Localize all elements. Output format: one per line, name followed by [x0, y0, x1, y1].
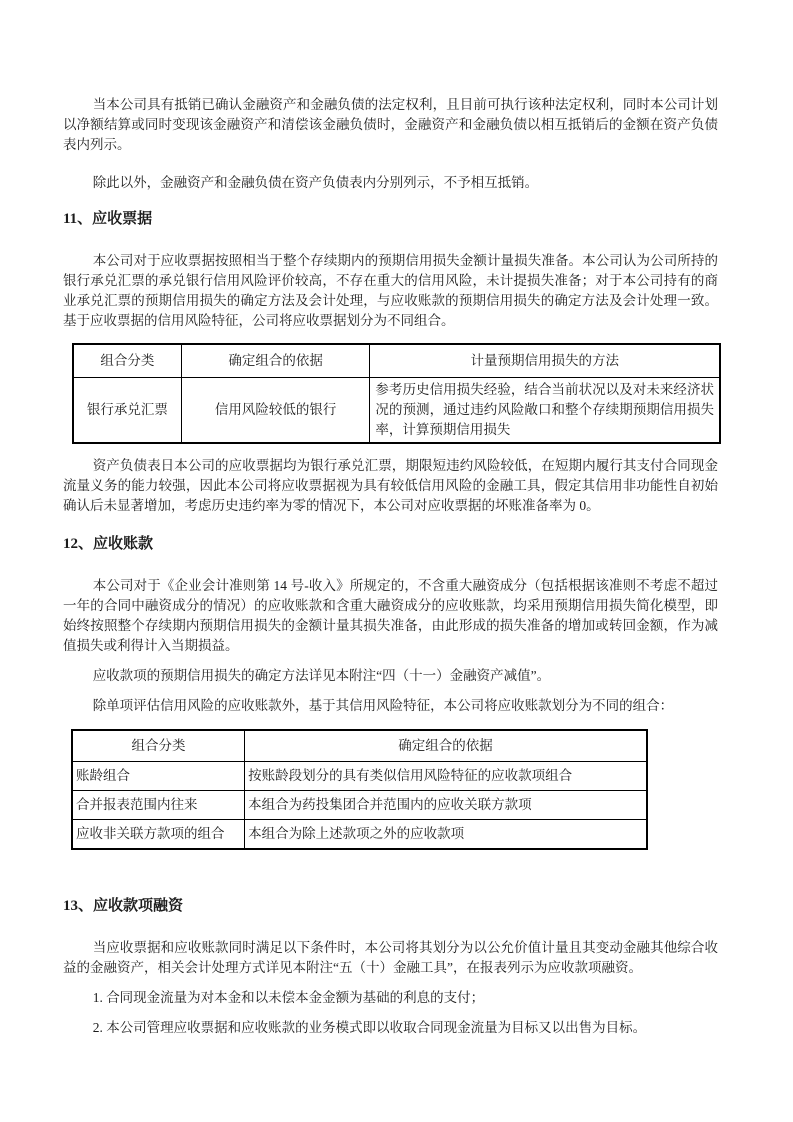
section-12-paragraph-2: 应收款项的预期信用损失的确定方法详见本附注“四（十一）金融资产减值”。: [63, 666, 718, 686]
table-header-cell: 组合分类: [73, 344, 181, 378]
document-page: 当本公司具有抵销已确认金融资产和金融负债的法定权利，且目前可执行该种法定权利，同…: [0, 0, 793, 1122]
table-row: 应收非关联方款项的组合 本组合为除上述款项之外的应收款项: [72, 820, 647, 850]
table-cell: 按账龄段划分的具有类似信用风险特征的应收款项组合: [245, 762, 647, 791]
table-cell: 合并报表范围内往来: [72, 791, 245, 820]
table-header-cell: 确定组合的依据: [181, 344, 370, 378]
section-11-paragraph-1: 本公司对于应收票据按照相当于整个存续期内的预期信用损失金额计量损失准备。本公司认…: [63, 251, 718, 331]
table-header-row: 组合分类 确定组合的依据 计量预期信用损失的方法: [73, 344, 720, 378]
table-cell: 账龄组合: [72, 762, 245, 791]
table-cell: 本组合为除上述款项之外的应收款项: [245, 820, 647, 850]
table-row: 银行承兑汇票 信用风险较低的银行 参考历史信用损失经验，结合当前状况以及对未来经…: [73, 378, 720, 444]
table-header-cell: 确定组合的依据: [245, 730, 647, 762]
table-cell: 本组合为药投集团合并范围内的应收关联方款项: [245, 791, 647, 820]
table-cell: 参考历史信用损失经验，结合当前状况以及对未来经济状况的预测，通过违约风险敞口和整…: [370, 378, 720, 444]
bills-receivable-portfolio-table: 组合分类 确定组合的依据 计量预期信用损失的方法 银行承兑汇票 信用风险较低的银…: [72, 343, 721, 444]
table-row: 合并报表范围内往来 本组合为药投集团合并范围内的应收关联方款项: [72, 791, 647, 820]
section-13-heading: 13、应收款项融资: [63, 896, 718, 916]
table-header-cell: 计量预期信用损失的方法: [370, 344, 720, 378]
section-11-paragraph-2: 资产负债表日本公司的应收票据均为银行承兑汇票，期限短违约风险较低，在短期内履行其…: [63, 456, 718, 516]
table-row: 账龄组合 按账龄段划分的具有类似信用风险特征的应收款项组合: [72, 762, 647, 791]
no-offset-paragraph: 除此以外，金融资产和金融负债在资产负债表内分别列示，不予相互抵销。: [63, 173, 718, 193]
offset-condition-paragraph: 当本公司具有抵销已确认金融资产和金融负债的法定权利，且目前可执行该种法定权利，同…: [63, 95, 718, 155]
section-12-paragraph-1: 本公司对于《企业会计准则第 14 号-收入》所规定的，不含重大融资成分（包括根据…: [63, 576, 718, 656]
table-header-row: 组合分类 确定组合的依据: [72, 730, 647, 762]
section-13-condition-2: 2. 本公司管理应收票据和应收账款的业务模式即以收取合同现金流量为目标又以出售为…: [63, 1018, 718, 1038]
accounts-receivable-portfolio-table: 组合分类 确定组合的依据 账龄组合 按账龄段划分的具有类似信用风险特征的应收款项…: [71, 729, 648, 850]
section-12-heading: 12、应收账款: [63, 534, 718, 554]
table-cell: 信用风险较低的银行: [181, 378, 370, 444]
section-13-paragraph-1: 当应收票据和应收账款同时满足以下条件时，本公司将其划分为以公允价值计量且其变动金…: [63, 938, 718, 978]
table-header-cell: 组合分类: [72, 730, 245, 762]
section-11-heading: 11、应收票据: [63, 209, 718, 229]
section-13-condition-1: 1. 合同现金流量为对本金和以未偿本金金额为基础的利息的支付；: [63, 988, 718, 1008]
table-cell: 应收非关联方款项的组合: [72, 820, 245, 850]
section-12-paragraph-3: 除单项评估信用风险的应收账款外，基于其信用风险特征，本公司将应收账款划分为不同的…: [63, 696, 718, 716]
table-cell: 银行承兑汇票: [73, 378, 181, 444]
